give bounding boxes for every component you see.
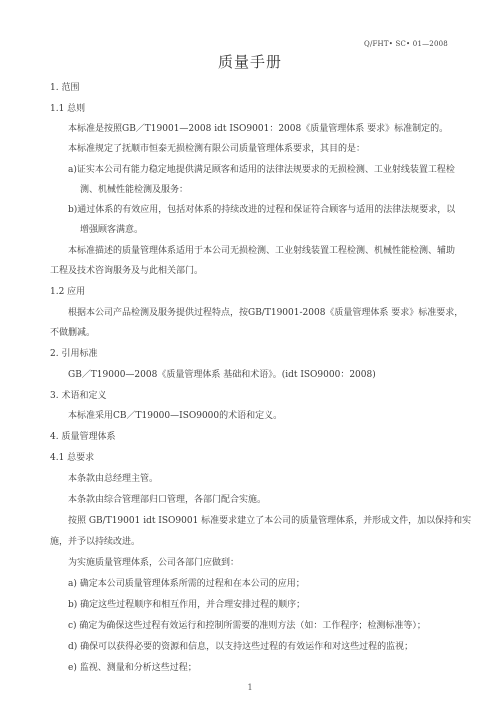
text-line: 本标准规定了抚顺市恒泰无损检测有限公司质量管理体系要求，其目的是： (68, 143, 365, 155)
text-line: 本标准采用CB／T19000—ISO9000的术语和定义。 (68, 410, 282, 422)
text-line: e) 监视、测量和分析这些过程； (68, 662, 197, 674)
text-line: 1.2 应用 (50, 286, 85, 298)
text-line: d) 确保可以获得必要的资源和信息，以支持这些过程的有效运作和对这些过程的监视； (68, 641, 413, 653)
text-line: a)证实本公司有能力稳定地提供满足顾客和适用的法律法规要求的无损检测、工业射线装… (68, 164, 455, 176)
text-line: 工程及技术咨询服务及与此相关部门。 (50, 265, 203, 277)
text-line: 2. 引用标准 (50, 348, 97, 360)
document-code: Q/FHT• SC• 01—2008 (364, 40, 448, 48)
text-line: 按照 GB/T19001 idt ISO9001 标准要求建立了本公司的质量管理… (68, 515, 471, 527)
text-line: 为实施质量管理体系，公司各部门应做到： (68, 557, 239, 569)
text-line: GB／T19000—2008《质量管理体系 基础和术语》。(idt ISO900… (68, 369, 376, 381)
text-line: 本标准是按照GB／T19001—2008 idt ISO9001：2008《质量… (68, 123, 448, 135)
text-line: 4. 质量管理体系 (50, 431, 115, 443)
text-line: 本标准描述的质量管理体系适用于本公司无损检测、工业射线装置工程检测、机械性能检测… (68, 245, 455, 257)
text-line: 1. 范围 (50, 82, 79, 94)
text-line: b) 确定这些过程顺序和相互作用，并合理安排过程的顺序； (68, 599, 305, 611)
text-line: 增强顾客满意。 (80, 224, 143, 236)
text-line: c) 确定为确保这些过程有效运行和控制所需要的准则方法（如：工作程序；检测标准等… (68, 620, 426, 632)
text-line: a) 确定本公司质量管理体系所需的过程和在本公司的应用； (68, 578, 305, 590)
text-line: 根据本公司产品检测及服务提供过程特点，按GB/T19001-2008《质量管理体… (68, 307, 463, 319)
document-title: 质量手册 (0, 51, 500, 72)
text-line: 不做删减。 (50, 327, 95, 339)
text-line: b)通过体系的有效应用，包括对体系的持续改进的过程和保证符合顾客与适用的法律法规… (68, 204, 455, 216)
text-line: 1.1 总则 (50, 103, 85, 115)
text-line: 4.1 总要求 (50, 452, 94, 464)
text-line: 施，并予以持续改进。 (50, 536, 140, 548)
page-number: 1 (0, 683, 500, 692)
text-line: 本条款由总经理主管。 (68, 473, 158, 485)
text-line: 本条款由综合管理部归口管理，各部门配合实施。 (68, 494, 266, 506)
text-line: 3. 术语和定义 (50, 390, 106, 402)
text-line: 测、机械性能检测及服务： (80, 184, 188, 196)
